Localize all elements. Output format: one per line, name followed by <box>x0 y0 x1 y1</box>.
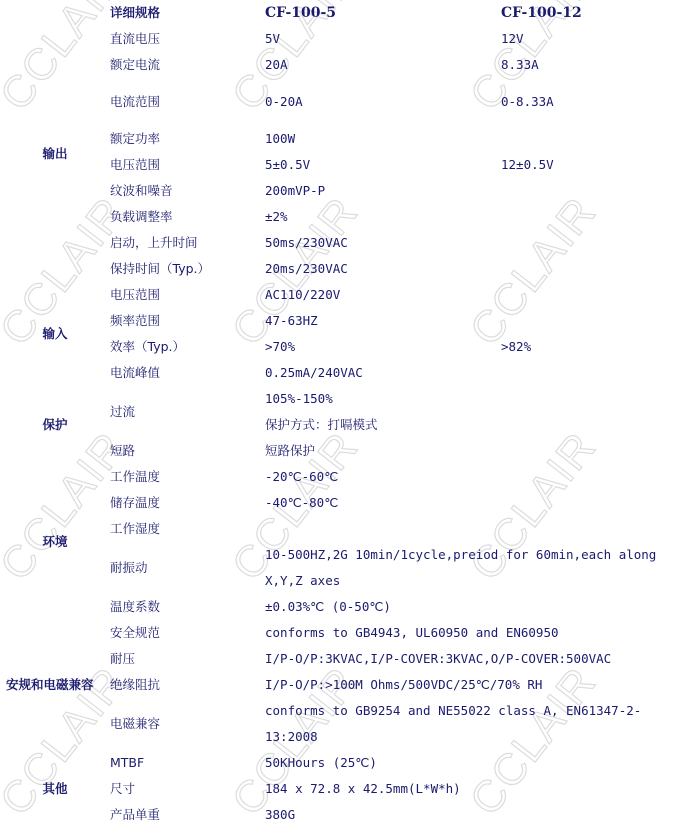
row-value-1: AC110/220V <box>265 282 501 308</box>
row-value-1: 20A <box>265 52 501 78</box>
row-value-1: 5V <box>265 26 501 52</box>
row-value-1: 50ms/230VAC <box>265 230 501 256</box>
section-output: 输出 <box>0 26 110 282</box>
row-value-1: 47-63HZ <box>265 308 501 334</box>
row-value-1: I/P-O/P:>100M Ohms/500VDC/25℃/70% RH <box>265 672 673 698</box>
row-value-2 <box>501 360 673 386</box>
row-value-2 <box>501 438 673 464</box>
row-value-1: 0-20A <box>265 78 501 126</box>
row-label: 尺寸 <box>110 776 265 802</box>
row-value-1: -40℃-80℃ <box>265 490 501 516</box>
section-safety-emc: 安规和电磁兼容 <box>0 620 110 750</box>
row-value-1: 50KHours (25℃) <box>265 750 673 776</box>
section-other: 其他 <box>0 750 110 828</box>
value-line: 保护方式：打嗝模式 <box>265 412 673 438</box>
row-value-1: 0.25mA/240VAC <box>265 360 501 386</box>
row-value-2: 0-8.33A <box>501 78 673 126</box>
header-row: 详细规格 CF-100-5 CF-100-12 <box>0 0 673 26</box>
row-value-1: ±2% <box>265 204 501 230</box>
row-label: 负载调整率 <box>110 204 265 230</box>
table-row: 其他 MTBF 50KHours (25℃) <box>0 750 673 776</box>
section-input: 输入 <box>0 282 110 386</box>
table-row: 安规和电磁兼容 安全规范 conforms to GB4943, UL60950… <box>0 620 673 646</box>
row-value-2: >82% <box>501 334 673 360</box>
row-value-1: I/P-O/P:3KVAC,I/P-COVER:3KVAC,O/P-COVER:… <box>265 646 673 672</box>
row-value-1: -20℃-60℃ <box>265 464 501 490</box>
row-label: 频率范围 <box>110 308 265 334</box>
row-label: 储存温度 <box>110 490 265 516</box>
row-value-2 <box>501 464 673 490</box>
row-label: 电流范围 <box>110 78 265 126</box>
row-value-2 <box>501 178 673 204</box>
row-value-1: 200mVP-P <box>265 178 501 204</box>
row-label: 效率（Typ.） <box>110 334 265 360</box>
row-value-1: 184 x 72.8 x 42.5mm(L*W*h) <box>265 776 673 802</box>
row-label: 短路 <box>110 438 265 464</box>
row-value-1: 20ms/230VAC <box>265 256 501 282</box>
row-label: 电压范围 <box>110 152 265 178</box>
row-value-1: 10-500HZ,2G 10min/1cycle,preiod for 60mi… <box>265 542 673 594</box>
row-value-2 <box>501 516 673 542</box>
row-value-1: conforms to GB9254 and NE55022 class A, … <box>265 698 673 750</box>
section-environment: 环境 <box>0 464 110 620</box>
row-label: 耐压 <box>110 646 265 672</box>
header-label: 详细规格 <box>110 0 265 26</box>
spec-table: 详细规格 CF-100-5 CF-100-12 输出 直流电压 5V 12V 额… <box>0 0 673 828</box>
table-row: 输入 电压范围 AC110/220V <box>0 282 673 308</box>
row-label: 电压范围 <box>110 282 265 308</box>
row-label: 工作湿度 <box>110 516 265 542</box>
row-label: 产品单重 <box>110 802 265 828</box>
value-line: 13:2008 <box>265 724 673 750</box>
row-label: 直流电压 <box>110 26 265 52</box>
row-label: 启动，上升时间 <box>110 230 265 256</box>
row-value-1: 380G <box>265 802 673 828</box>
row-label: 电磁兼容 <box>110 698 265 750</box>
value-line: 10-500HZ,2G 10min/1cycle,preiod for 60mi… <box>265 542 673 568</box>
row-label: 电流峰值 <box>110 360 265 386</box>
row-value-2 <box>501 256 673 282</box>
row-label: MTBF <box>110 750 265 776</box>
row-label: 绝缘阻抗 <box>110 672 265 698</box>
table-row: 保护 过流 105%-150% 保护方式：打嗝模式 <box>0 386 673 438</box>
row-label: 额定功率 <box>110 126 265 152</box>
row-label: 保持时间（Typ.） <box>110 256 265 282</box>
row-value-1: 短路保护 <box>265 438 501 464</box>
section-protection: 保护 <box>0 386 110 464</box>
row-value-1 <box>265 516 501 542</box>
value-line: 105%-150% <box>265 386 673 412</box>
row-label: 纹波和噪音 <box>110 178 265 204</box>
row-value-2: 12±0.5V <box>501 152 673 178</box>
row-value-1: 5±0.5V <box>265 152 501 178</box>
value-line: X,Y,Z axes <box>265 568 673 594</box>
row-label: 耐振动 <box>110 542 265 594</box>
row-value-2 <box>501 308 673 334</box>
row-value-2: 8.33A <box>501 52 673 78</box>
model-2-header: CF-100-12 <box>501 0 673 26</box>
row-value-2 <box>501 204 673 230</box>
value-line: conforms to GB9254 and NE55022 class A, … <box>265 698 673 724</box>
row-value-2: 12V <box>501 26 673 52</box>
row-label: 额定电流 <box>110 52 265 78</box>
category-cell <box>0 0 110 26</box>
table-row: 输出 直流电压 5V 12V <box>0 26 673 52</box>
row-label: 过流 <box>110 386 265 438</box>
row-value-1: ±0.03%℃ (0-50℃) <box>265 594 673 620</box>
row-value-1: 100W <box>265 126 501 152</box>
table-row: 环境 工作温度 -20℃-60℃ <box>0 464 673 490</box>
row-label: 安全规范 <box>110 620 265 646</box>
row-value-1: conforms to GB4943, UL60950 and EN60950 <box>265 620 673 646</box>
row-value-1: >70% <box>265 334 501 360</box>
row-label: 温度系数 <box>110 594 265 620</box>
row-value-1: 105%-150% 保护方式：打嗝模式 <box>265 386 673 438</box>
row-value-2 <box>501 282 673 308</box>
model-1-header: CF-100-5 <box>265 0 501 26</box>
row-value-2 <box>501 230 673 256</box>
row-value-2 <box>501 490 673 516</box>
row-label: 工作温度 <box>110 464 265 490</box>
row-value-2 <box>501 126 673 152</box>
